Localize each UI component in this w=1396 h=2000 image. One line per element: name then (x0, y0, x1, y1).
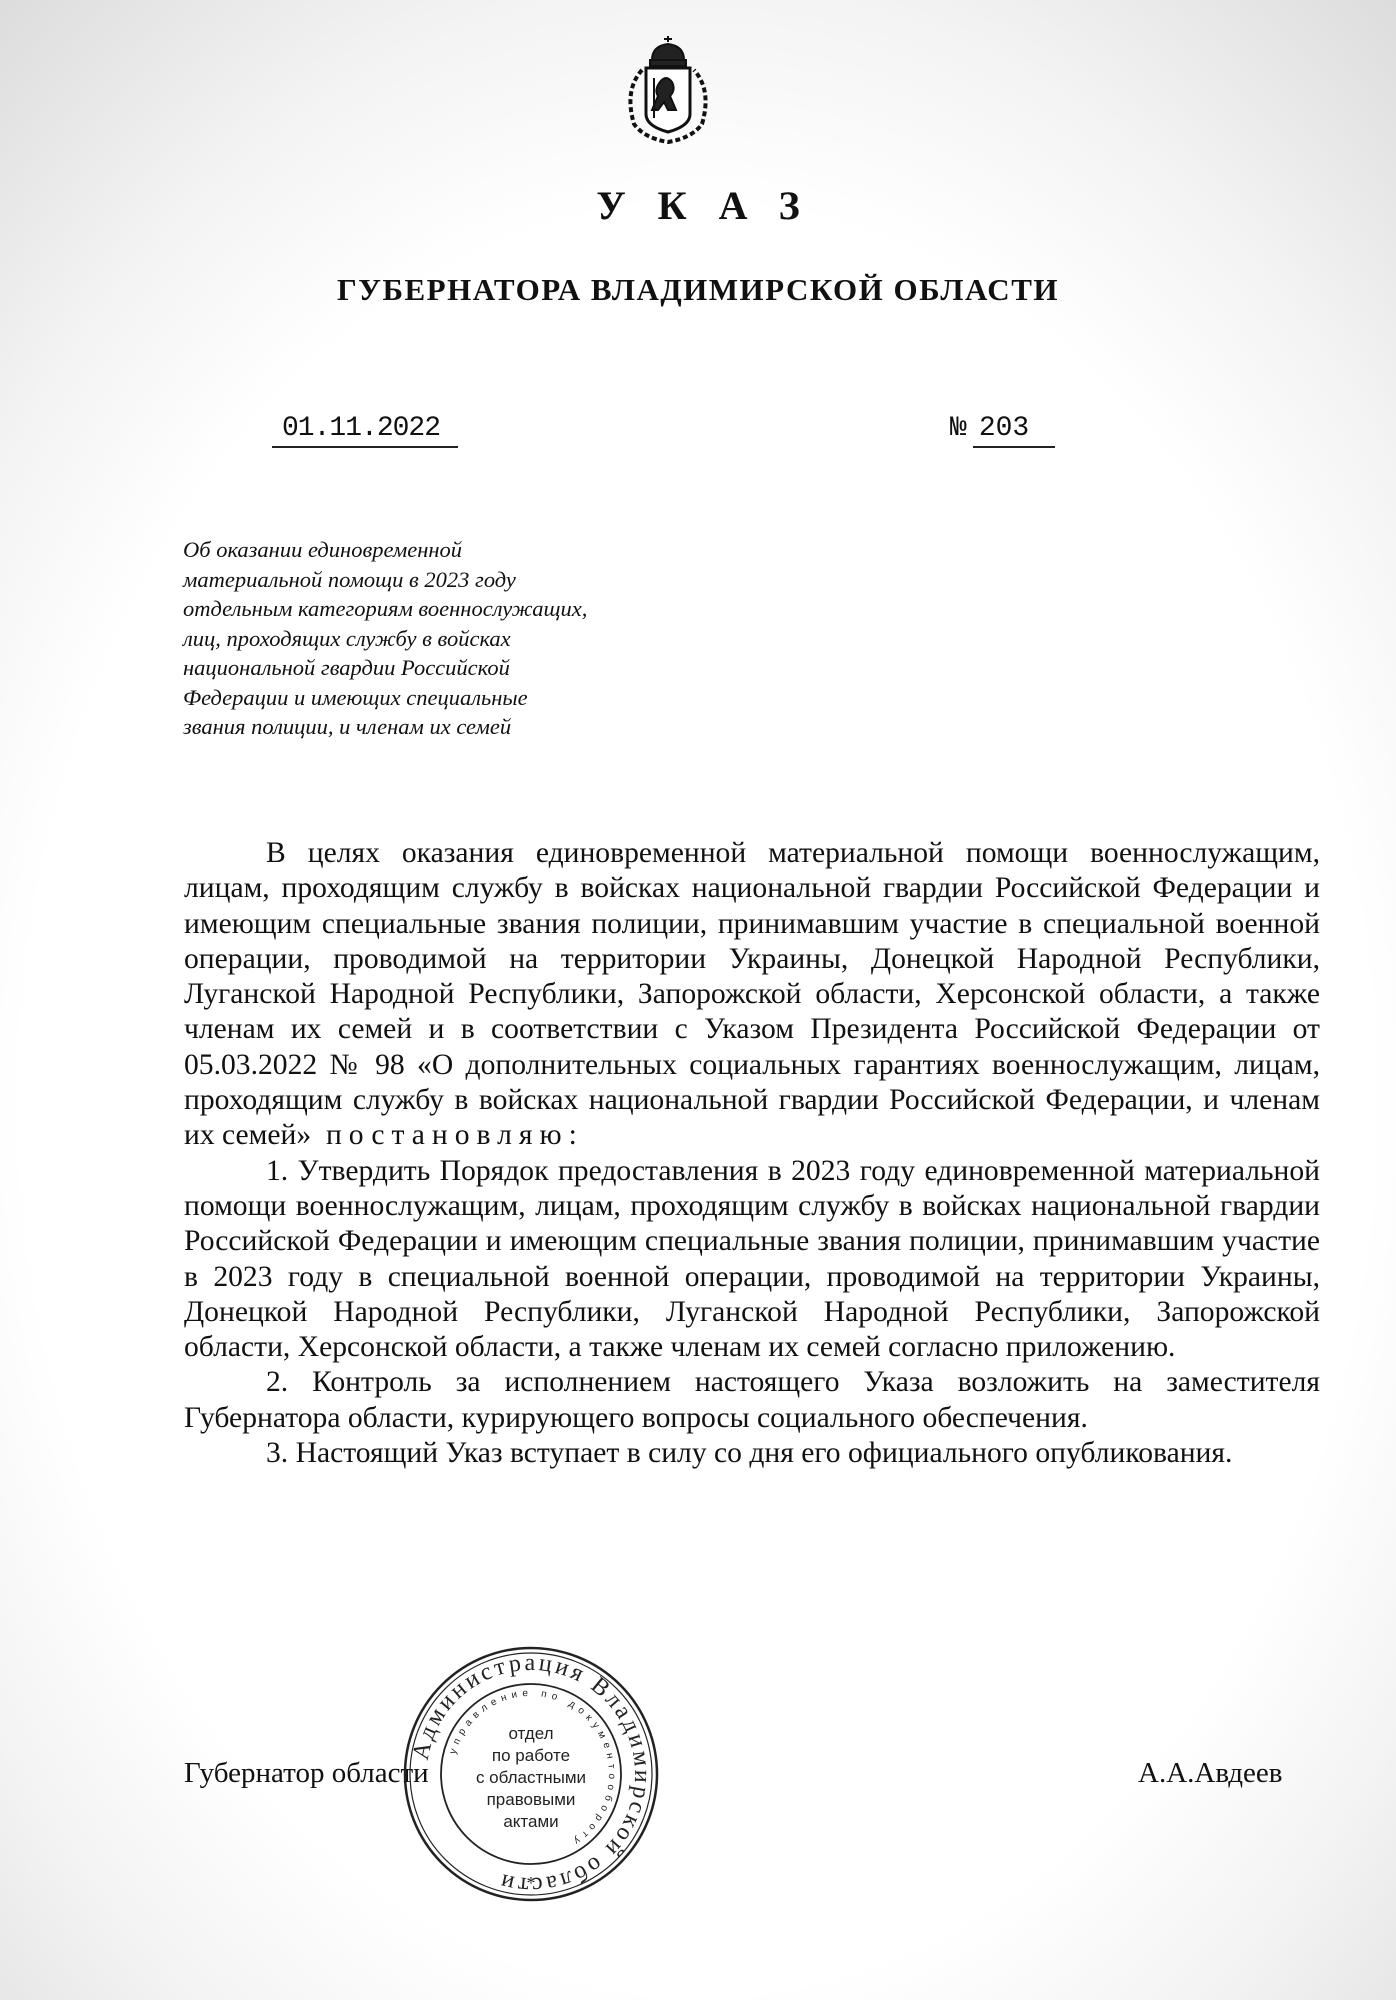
subject-line: Федерации и имеющих специальные (183, 683, 743, 713)
stamp-center-line: актами (503, 1812, 558, 1831)
subject-line: отдельным категориям военнослужащих, (183, 594, 743, 624)
resolve-word: постановляю: (326, 1119, 584, 1151)
stamp-center-line: отдел (508, 1724, 553, 1743)
item-2: 2. Контроль за исполнением настоящего Ук… (184, 1365, 1320, 1436)
document-date: 01.11.2022 (272, 413, 458, 448)
item-3: 3. Настоящий Указ вступает в силу со дня… (184, 1436, 1320, 1471)
stamp-center-line: правовыми (487, 1790, 576, 1809)
document-subject: Об оказании единовременной материальной … (183, 535, 743, 742)
stamp-center-line: с областными (476, 1768, 586, 1787)
preamble-text: В целях оказания единовременной материал… (184, 837, 1320, 1151)
signatory-position: Губернатор области (184, 1757, 429, 1790)
subject-line: лиц, проходящих службу в войсках (183, 624, 743, 654)
document-number: №203 (950, 413, 1055, 444)
number-value: 203 (973, 413, 1055, 448)
document-body: В целях оказания единовременной материал… (184, 836, 1320, 1471)
stamp-star: * (527, 1873, 536, 1893)
signatory-name: А.А.Авдеев (1138, 1757, 1283, 1790)
subject-line: Об оказании единовременной (183, 535, 743, 565)
number-label: № (950, 413, 967, 444)
item-1: 1. Утвердить Порядок предоставления в 20… (184, 1154, 1320, 1366)
official-stamp-icon: Администрация Владимирской области управ… (400, 1643, 662, 1905)
subject-line: национальной гвардии Российской (183, 653, 743, 683)
subject-line: материальной помощи в 2023 году (183, 565, 743, 595)
preamble-paragraph: В целях оказания единовременной материал… (184, 836, 1320, 1154)
coat-of-arms-icon (612, 30, 724, 148)
stamp-center-line: по работе (492, 1746, 570, 1765)
subject-line: звания полиции, и членам их семей (183, 712, 743, 742)
document-title: УКАЗ (0, 182, 1396, 229)
document-subtitle: ГУБЕРНАТОРА ВЛАДИМИРСКОЙ ОБЛАСТИ (0, 272, 1396, 308)
